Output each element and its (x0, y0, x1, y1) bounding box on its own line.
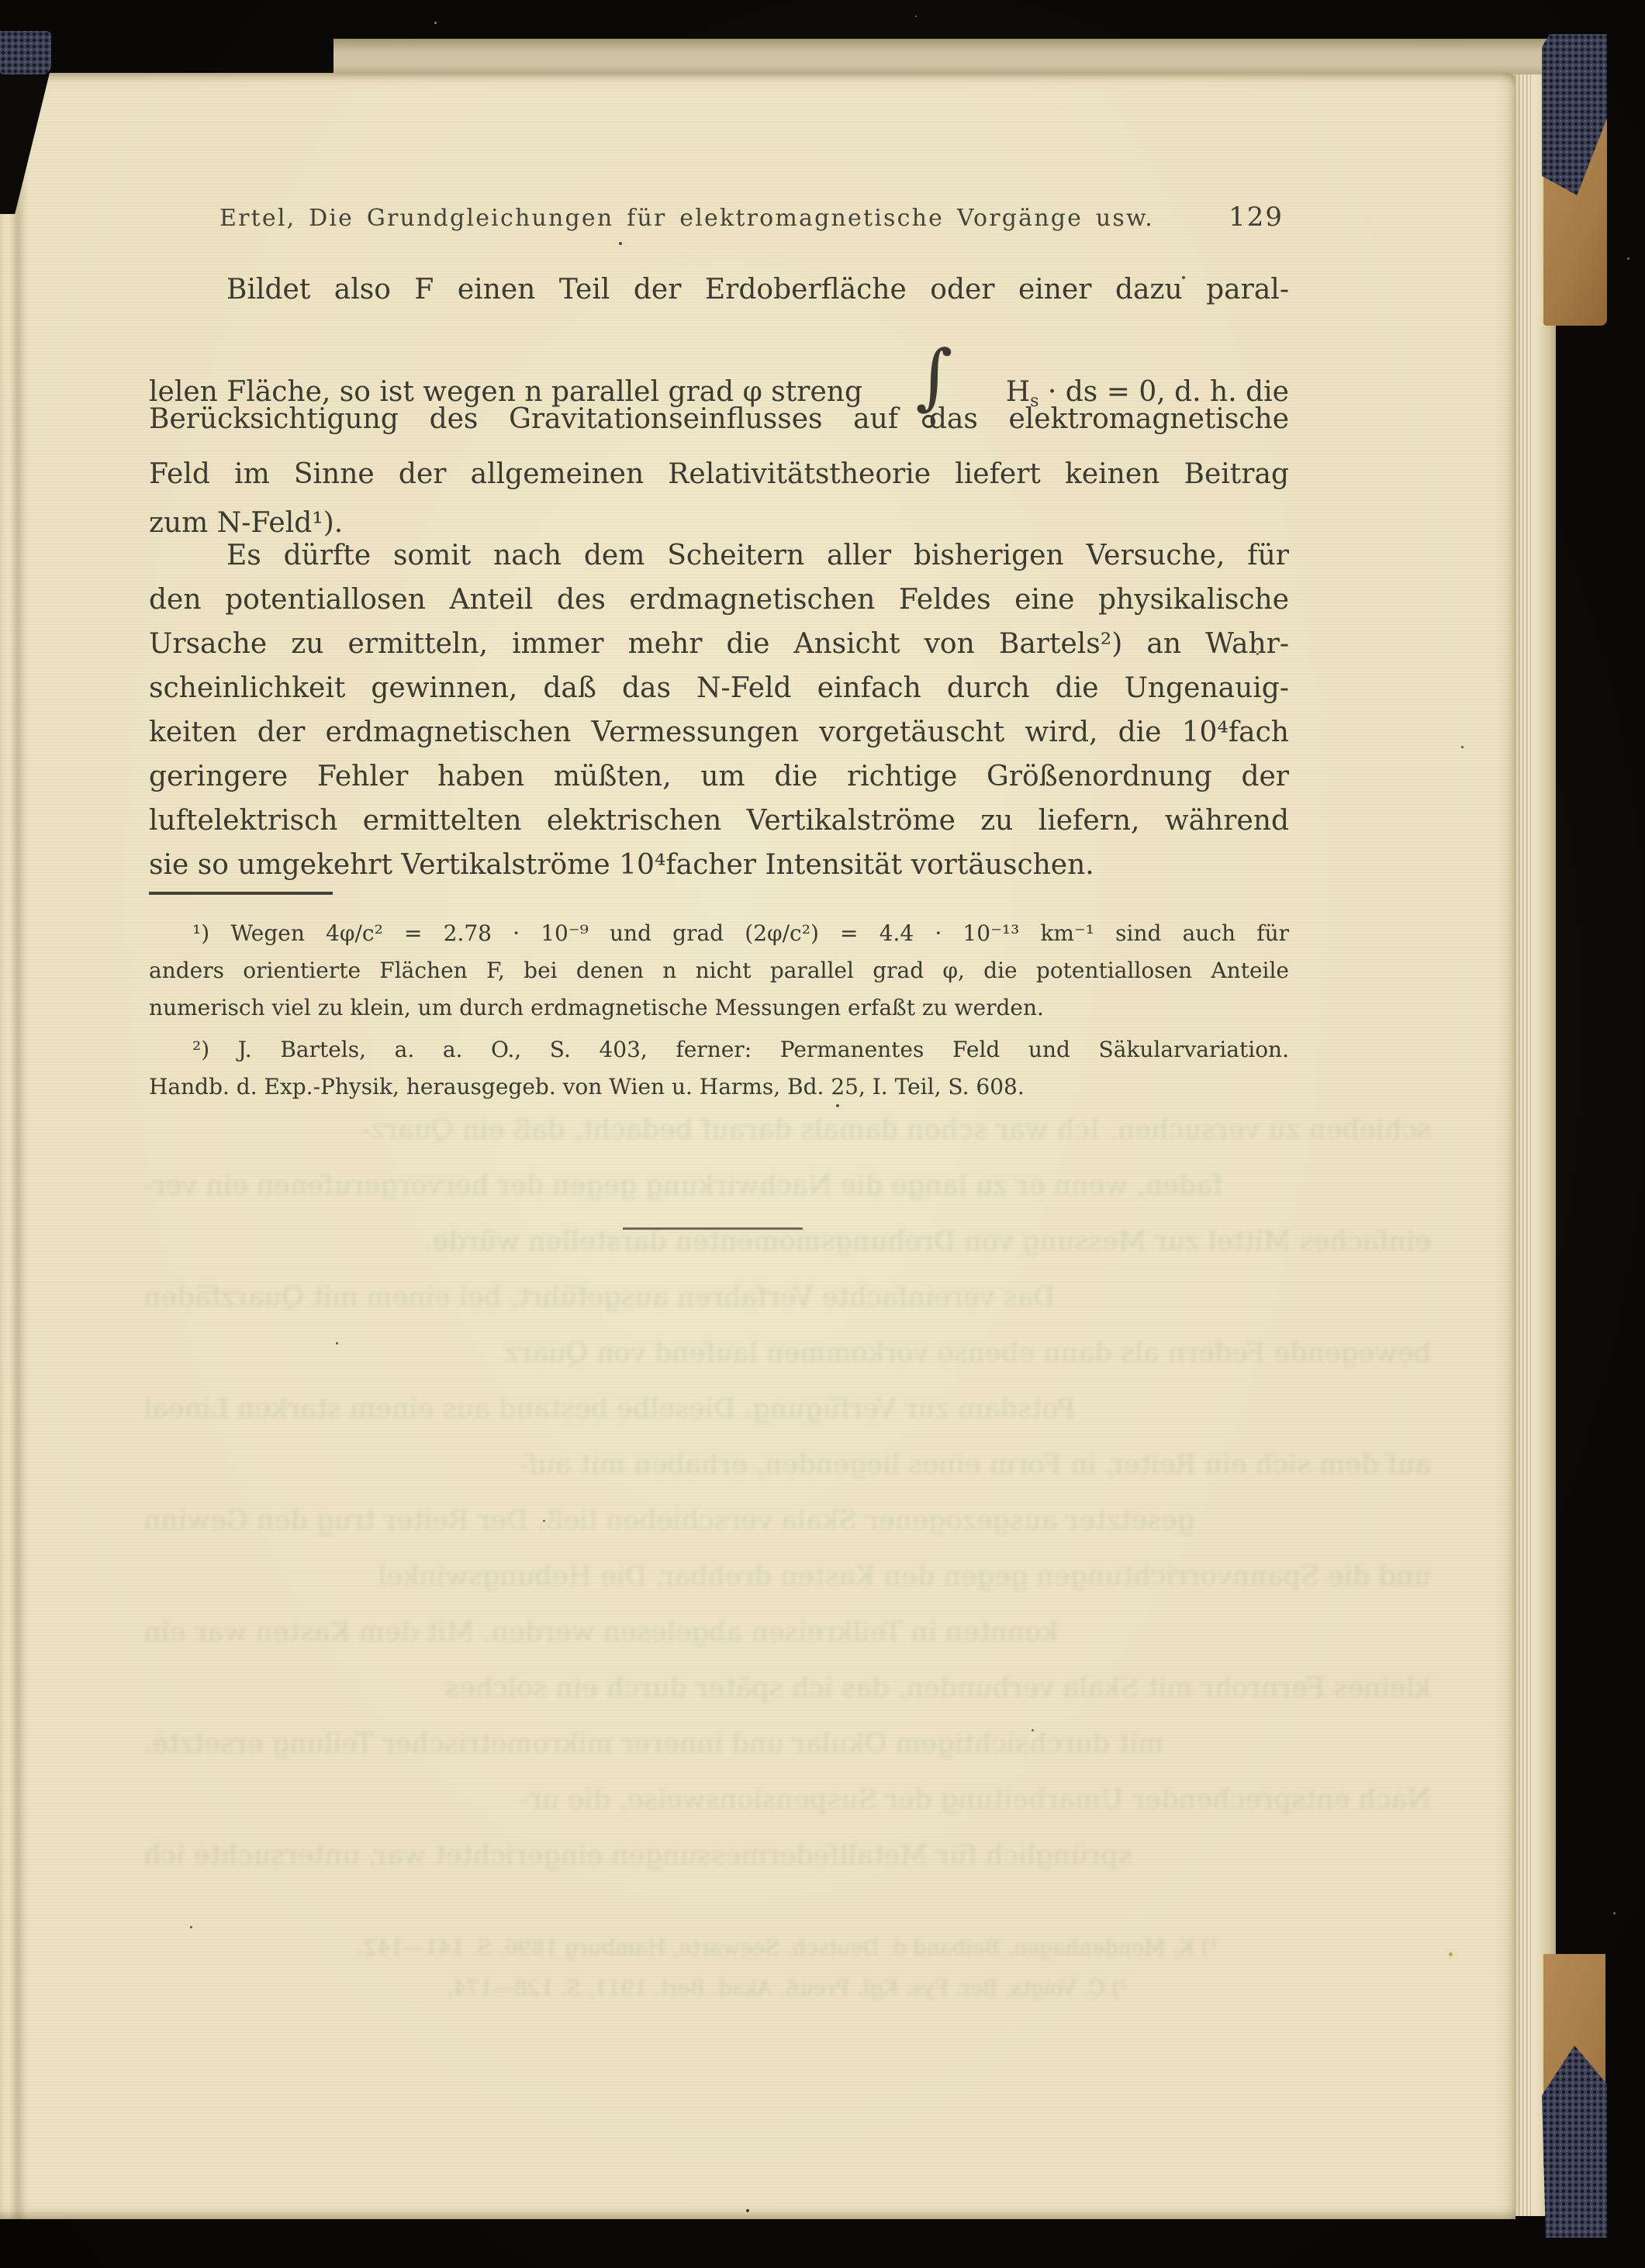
ghost-text-line: faden, wenn er zu lange die Nachwirkung … (143, 1170, 1431, 1201)
cover-sliver-top-left (0, 31, 51, 74)
footnote-separator-rule (149, 892, 333, 895)
top-pages-fore-edge (333, 39, 1555, 76)
ghost-text-line: einfaches Mittel zur Messung von Drehung… (143, 1226, 1431, 1257)
body-line: sie so umgekehrt Vertikalströme 10⁴fache… (149, 848, 1289, 882)
ghost-text-line: konnten in Teilkreisen abgelesen werden.… (143, 1617, 1431, 1648)
body-line: luftelektrisch ermittelten elektrischen … (149, 804, 1289, 837)
running-header: Ertel, Die Grundgleichungen für elektrom… (219, 205, 1154, 232)
book-photograph: schieben zu versuchen. Ich war schon dam… (0, 0, 1645, 2268)
page-number: 129 (1222, 202, 1284, 233)
right-pages-fore-edge (1511, 74, 1556, 2216)
ghost-text-line: auf dem sich ein Reiter, in Form eines l… (143, 1449, 1431, 1480)
body-line: den potentiallosen Anteil des erdmagneti… (149, 583, 1289, 616)
paper-speck (619, 242, 622, 245)
paper-speck (336, 1342, 338, 1345)
paper-speck (1256, 653, 1259, 655)
ghost-text-line: schieben zu versuchen. Ich war schon dam… (143, 1114, 1431, 1145)
paper-speck (1032, 1729, 1034, 1731)
footnote-line: Handb. d. Exp.-Physik, herausgegeb. von … (149, 1074, 1289, 1100)
ghost-footnote-line: ¹) K. Mendenhagen, Beiband d. Deutsch. S… (143, 1936, 1431, 1960)
body-line: Feld im Sinne der allgemeinen Relativitä… (149, 457, 1289, 491)
section-end-rule (623, 1227, 803, 1230)
body-line: scheinlichkeit gewinnen, daß das N-Feld … (149, 671, 1289, 705)
dust-speck (915, 16, 917, 17)
body-line: keiten der erdmagnetischen Vermessungen … (149, 716, 1289, 749)
body-line: Bildet also F einen Teil der Erdoberfläc… (226, 273, 1289, 306)
ghost-footnote-line: ²) C. Voigts, Ber. Fys. Kgl. Preuß. Akad… (143, 1976, 1431, 2000)
body-line: geringere Fehler haben müßten, um die ri… (149, 760, 1289, 793)
body-line: zum N-Feld¹). (149, 506, 1289, 540)
ghost-text-line: Potsdam zur Verfügung. Dieselbe bestand … (143, 1393, 1431, 1424)
ghost-text-line: und die Spannvorrichtungen gegen den Kas… (143, 1561, 1431, 1592)
footnote-line: ²) J. Bartels, a. a. O., S. 403, ferner:… (192, 1037, 1289, 1063)
paper-speck (206, 969, 208, 972)
body-line: Berücksichtigung des Gravitationseinflus… (149, 402, 1289, 436)
dust-speck (1627, 257, 1629, 260)
ghost-text-line: sprünglich für Metallfedermessungen eing… (143, 1840, 1431, 1871)
paper-speck (1449, 1952, 1453, 1956)
footnote-line: anders orientierte Flächen F, bei denen … (149, 958, 1289, 984)
footnote-line: ¹) Wegen 4φ/c² = 2.78 · 10⁻⁹ und grad (2… (192, 920, 1289, 947)
paper-speck (543, 1520, 545, 1522)
ghost-text-line: kleines Fernrohr mit Skala verbunden, da… (143, 1673, 1431, 1704)
body-line: Ursache zu ermitteln, immer mehr die Ans… (149, 627, 1289, 661)
ghost-text-line: Nach entsprechender Umarbeitung der Susp… (143, 1784, 1431, 1815)
body-line: Es dürfte somit nach dem Scheitern aller… (226, 539, 1289, 572)
ghost-text-line: mit durchsichtigem Okular und innerer mi… (143, 1728, 1431, 1759)
paper-speck (1461, 746, 1464, 748)
dust-speck (1613, 1912, 1616, 1914)
paper-speck (836, 1104, 839, 1107)
ghost-text-line: Das vereinfachte Verfahren ausgeführt, b… (143, 1282, 1431, 1313)
paper-speck (190, 1926, 192, 1928)
ghost-text-line: gesetzter ausgezogener Skala verschieben… (143, 1505, 1431, 1536)
dust-speck (434, 22, 437, 24)
paper-speck (1182, 276, 1185, 279)
footnote-line: numerisch viel zu klein, um durch erdmag… (149, 995, 1289, 1021)
paper-speck (746, 2209, 749, 2212)
